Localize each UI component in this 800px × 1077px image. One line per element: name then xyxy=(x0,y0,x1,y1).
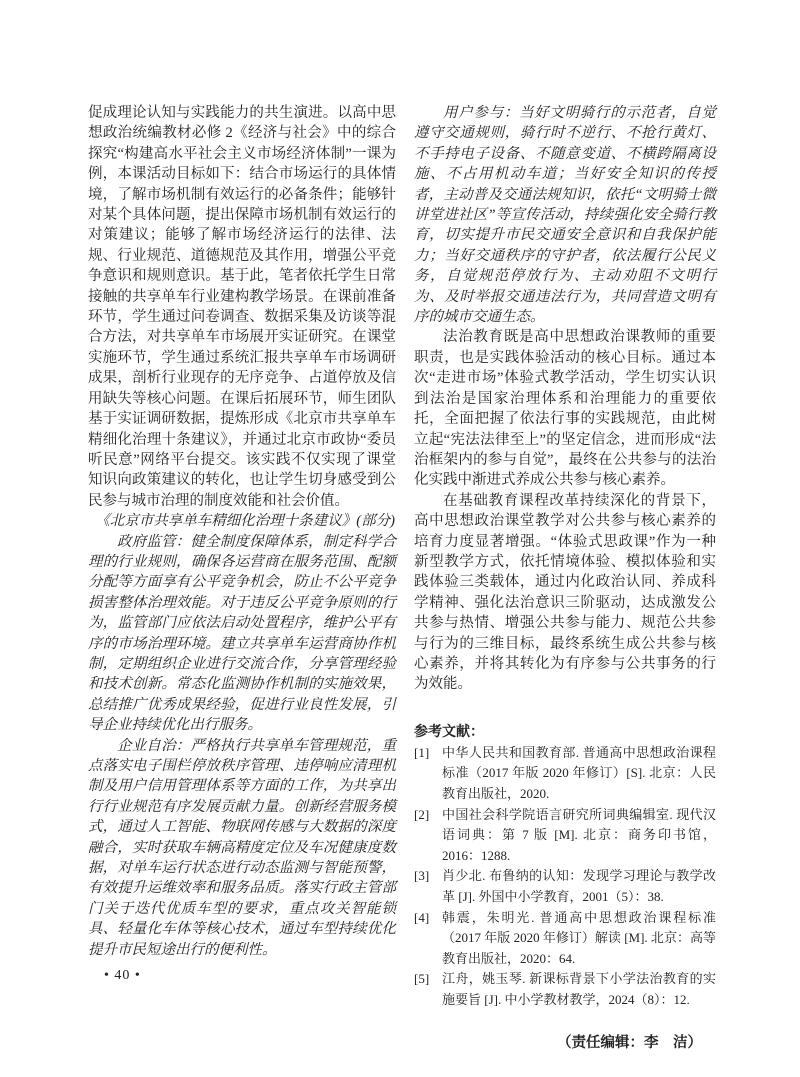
reference-text: 中国社会科学院语言研究所词典编辑室. 现代汉语词典：第 7 版 [M]. 北京：… xyxy=(442,807,716,863)
reference-list: [1] 中华人民共和国教育部. 普通高中思想政治课程标准（2017 年版 202… xyxy=(414,743,716,1011)
left-column: 促成理论认知与实践能力的共生演进。以高中思想政治统编教材必修 2《经济与社会》中… xyxy=(88,103,396,960)
references-heading: 参考文献： xyxy=(414,721,716,741)
quote-paragraph-user: 用户参与：当好文明骑行的示范者，自觉遵守交通规则，骑行时不逆行、不抢行黄灯、不手… xyxy=(414,103,716,327)
right-column: 用户参与：当好文明骑行的示范者，自觉遵守交通规则，骑行时不逆行、不抢行黄灯、不手… xyxy=(414,103,716,1053)
reference-item: [2] 中国社会科学院语言研究所词典编辑室. 现代汉语词典：第 7 版 [M].… xyxy=(414,805,716,867)
body-paragraph-continued: 促成理论认知与实践能力的共生演进。以高中思想政治统编教材必修 2《经济与社会》中… xyxy=(88,103,396,511)
reference-number: [3] xyxy=(414,866,429,887)
reference-item: [1] 中华人民共和国教育部. 普通高中思想政治课程标准（2017 年版 202… xyxy=(414,743,716,805)
body-paragraph-conclusion: 在基础教育课程改革持续深化的背景下，高中思想政治课堂教学对公共参与核心素养的培育… xyxy=(414,491,716,695)
journal-page: 促成理论认知与实践能力的共生演进。以高中思想政治统编教材必修 2《经济与社会》中… xyxy=(0,0,800,1077)
reference-item: [4] 韩震，朱明光. 普通高中思想政治课程标准（2017 年版 2020 年修… xyxy=(414,908,716,970)
quote-paragraph-enterprise: 企业自治：严格执行共享单车管理规范，重点落实电子围栏停放秩序管理、违停响应清理机… xyxy=(88,736,396,960)
reference-text: 肖少北. 布鲁纳的认知：发现学习理论与教学改革 [J]. 外国中小学教育，200… xyxy=(442,868,716,904)
reference-number: [5] xyxy=(414,969,429,990)
reference-item: [5] 江舟，姚玉琴. 新课标背景下小学法治教育的实施要旨 [J]. 中小学教材… xyxy=(414,969,716,1010)
reference-number: [4] xyxy=(414,908,429,929)
body-paragraph-law: 法治教育既是高中思想政治课教师的重要职责，也是实践体验活动的核心目标。通过本次“… xyxy=(414,327,716,490)
page-number: • 40 • xyxy=(104,968,141,984)
reference-text: 江舟，姚玉琴. 新课标背景下小学法治教育的实施要旨 [J]. 中小学教材教学，2… xyxy=(442,971,716,1007)
reference-text: 中华人民共和国教育部. 普通高中思想政治课程标准（2017 年版 2020 年修… xyxy=(442,745,716,801)
reference-number: [2] xyxy=(414,805,429,826)
editor-note: （责任编辑：李 洁） xyxy=(414,1033,716,1053)
reference-text: 韩震，朱明光. 普通高中思想政治课程标准（2017 年版 2020 年修订）解读… xyxy=(442,910,716,966)
reference-item: [3] 肖少北. 布鲁纳的认知：发现学习理论与教学改革 [J]. 外国中小学教育… xyxy=(414,866,716,907)
quote-paragraph-government: 政府监管：健全制度保障体系，制定科学合理的行业规则，确保各运营商在服务范围、配额… xyxy=(88,532,396,736)
reference-number: [1] xyxy=(414,743,429,764)
quote-title: 《北京市共享单车精细化治理十条建议》(部分) xyxy=(88,511,396,531)
